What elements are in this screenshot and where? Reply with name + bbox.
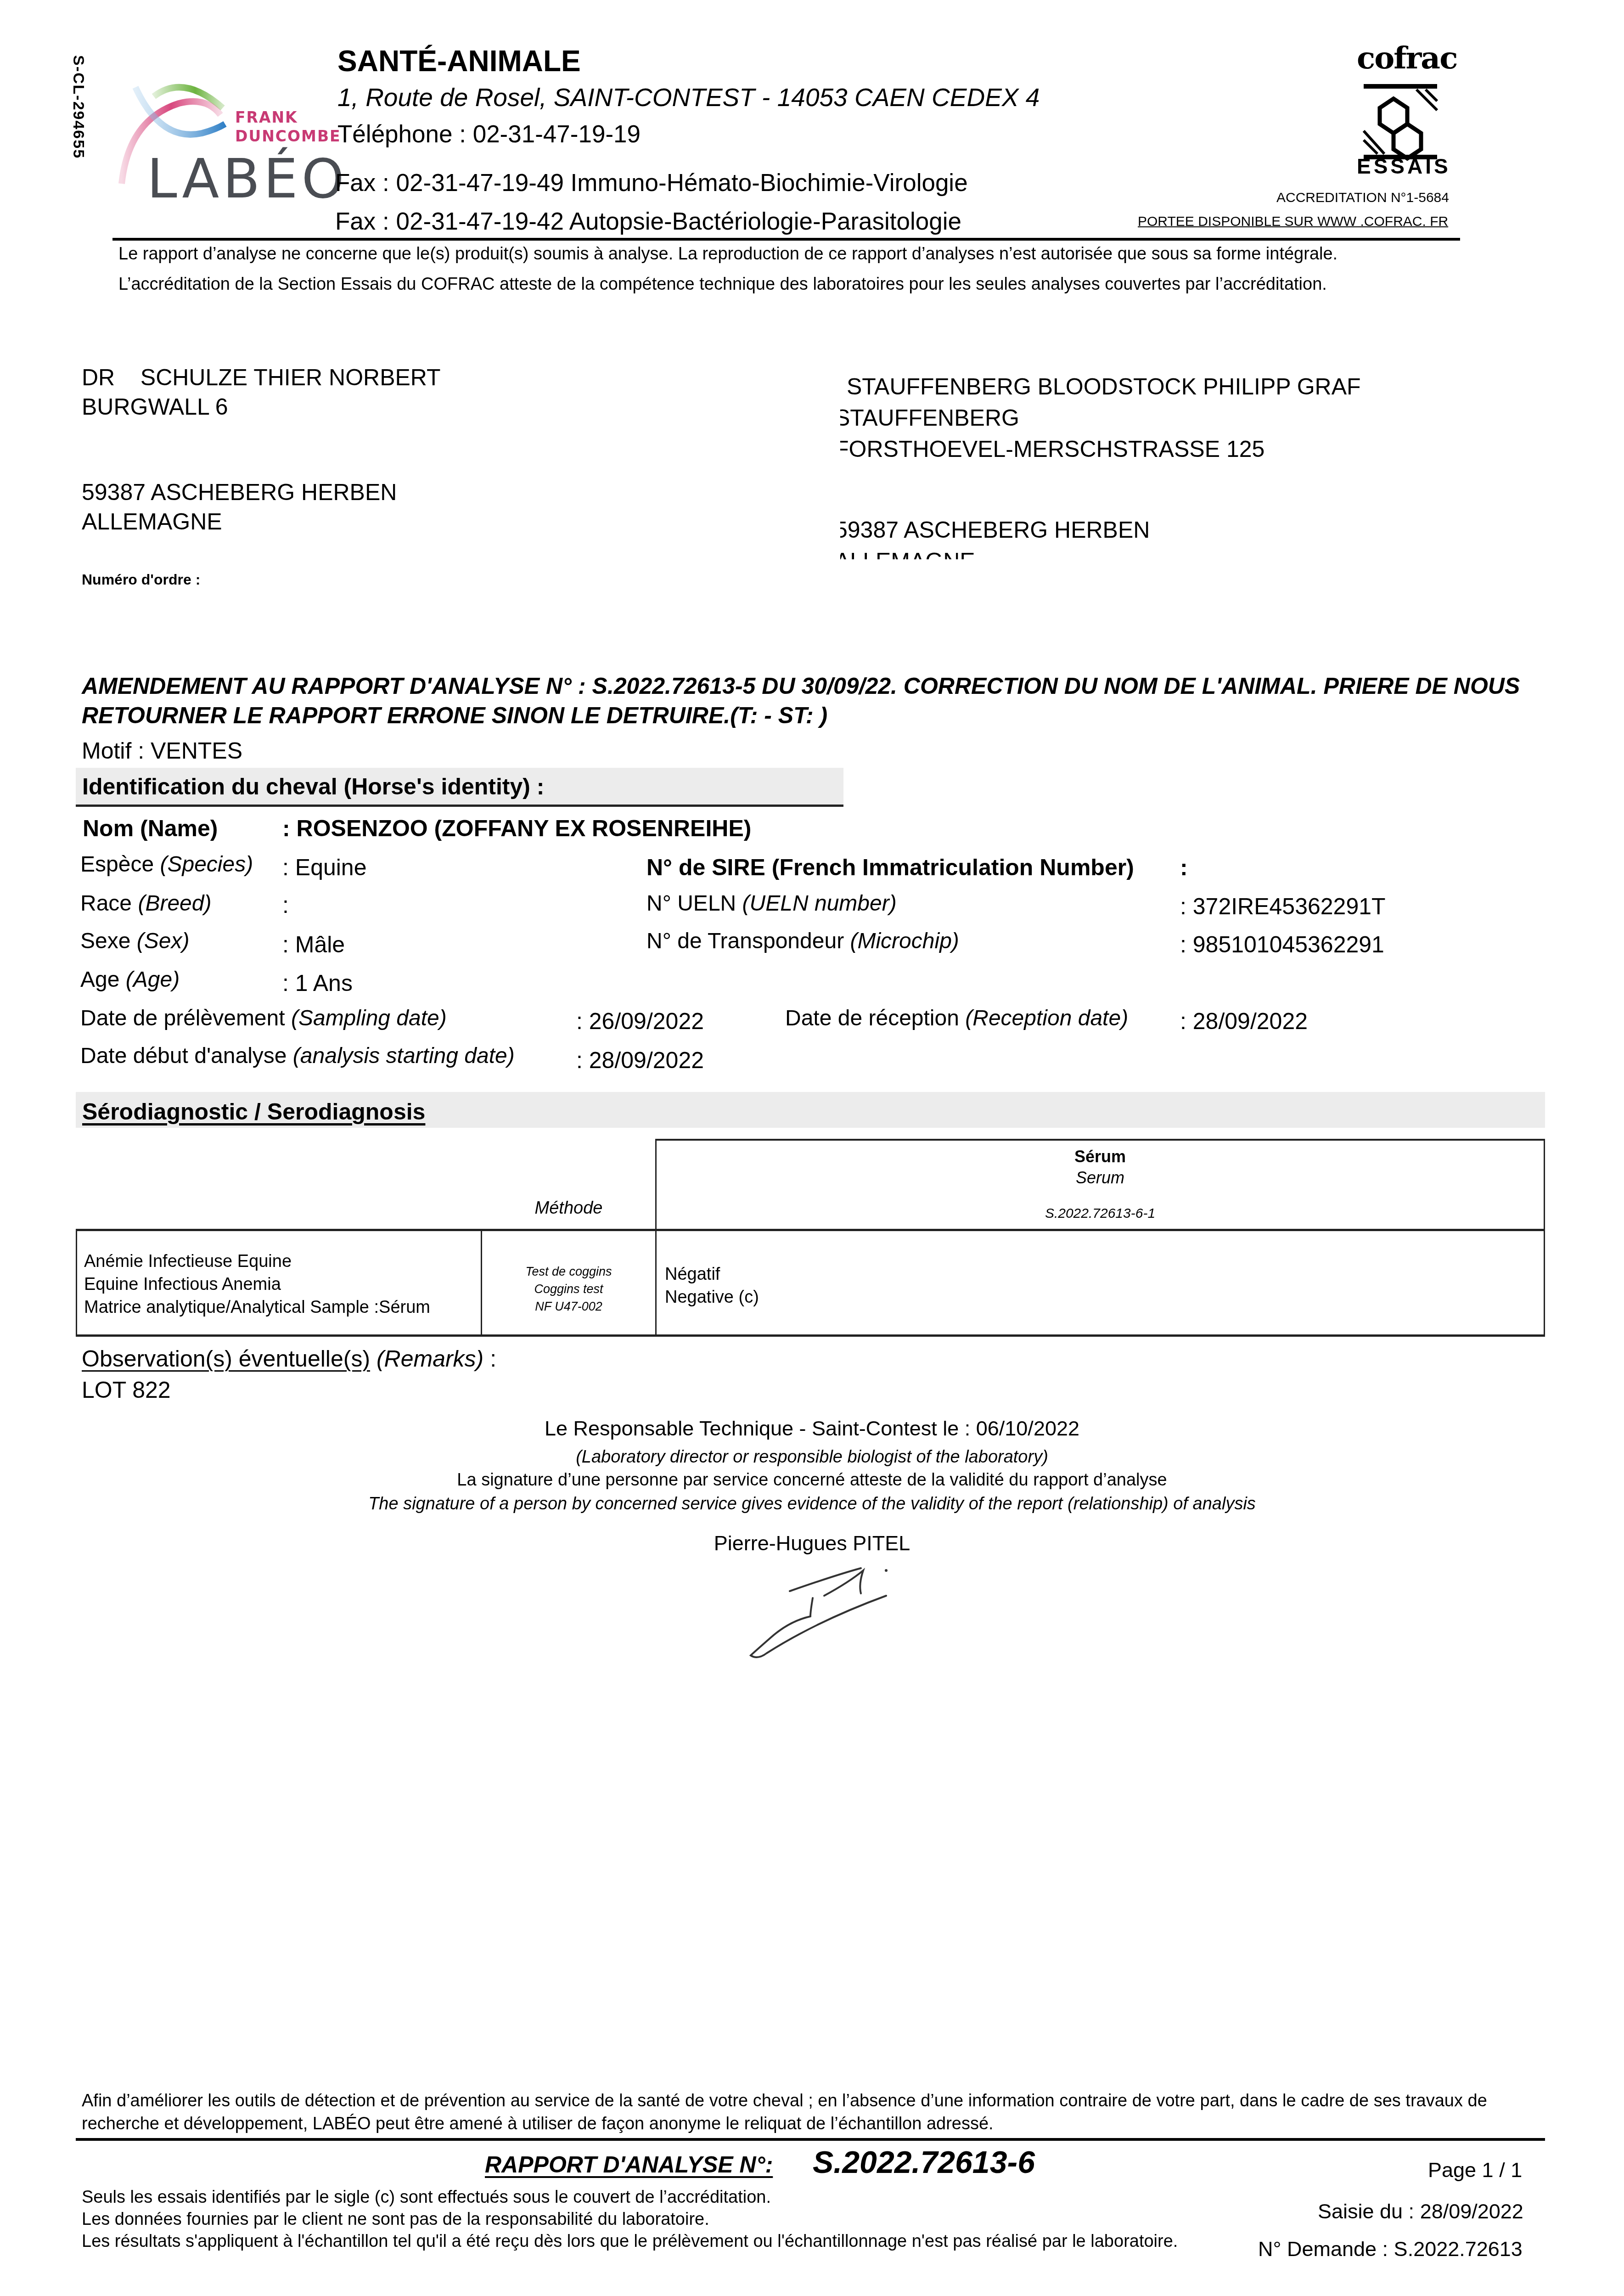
request-number: N° Demande : S.2022.72613: [1258, 2237, 1523, 2261]
method-name-en: Coggins test: [482, 1280, 655, 1298]
sample-header-en: Serum: [657, 1168, 1544, 1187]
veterinarian-address: DR SCHULZE THIER NORBERT BURGWALL 6 5938…: [82, 363, 441, 536]
results-table: Méthode Sérum Serum S.2022.72613-6-1 Ané…: [76, 1139, 1545, 1336]
amendment-notice: AMENDEMENT AU RAPPORT D'ANALYSE N° : S.2…: [82, 671, 1551, 730]
analysis-start-value: : 28/09/2022: [576, 1047, 704, 1074]
age-label: Age (Age): [80, 967, 180, 992]
sire-label: N° de SIRE (French Immatriculation Numbe…: [646, 854, 1134, 881]
result-fr: Négatif: [665, 1263, 759, 1286]
serodiagnostic-section-header: Sérodiagnostic / Serodiagnosis: [76, 1092, 1545, 1128]
footer-client-data-note: Les données fournies par le client ne so…: [82, 2210, 709, 2229]
vet-street: BURGWALL 6: [82, 392, 441, 422]
name-label: Nom (Name): [83, 815, 218, 842]
motif: Motif : VENTES: [82, 737, 242, 764]
age-value: : 1 Ans: [282, 970, 353, 996]
name-value: : ROSENZOO (ZOFFANY EX ROSENREIHE): [282, 815, 751, 842]
lab-address: 1, Route de Rosel, SAINT-CONTEST - 14053…: [337, 83, 1040, 112]
disclaimer-accreditation: L’accréditation de la Section Essais du …: [118, 275, 1327, 294]
signatory-role: (Laboratory director or responsible biol…: [0, 1447, 1624, 1467]
document-code: S-CL-294655: [69, 55, 87, 159]
owner-name-cont: STAUFFENBERG: [840, 402, 1361, 433]
footer-research-note: Afin d’améliorer les outils de détection…: [82, 2089, 1551, 2135]
lab-fax-immuno: Fax : 02-31-47-19-49 Immuno-Hémato-Bioch…: [335, 169, 968, 197]
owner-city: 59387 ASCHEBERG HERBEN: [840, 514, 1361, 546]
sample-header-fr: Sérum: [657, 1147, 1544, 1166]
header-divider: [112, 238, 1460, 241]
sex-label: Sexe (Sex): [80, 929, 189, 954]
serodiagnostic-heading: Sérodiagnostic / Serodiagnosis: [82, 1098, 425, 1125]
table-row-method: Test de coggins Coggins test NF U47-002: [482, 1263, 655, 1315]
labeo-logo: FRANK DUNCOMBE LABÉO: [110, 69, 331, 202]
signature-statement-en: The signature of a person by concerned s…: [0, 1494, 1624, 1514]
footer-divider: [76, 2138, 1545, 2141]
analysis-start-label: Date début d'analyse (analysis starting …: [80, 1043, 515, 1069]
analysis-matrix: Matrice analytique/Analytical Sample :Sé…: [84, 1296, 430, 1319]
accreditation-number: ACCREDITATION N°1-5684: [1276, 190, 1449, 206]
sample-id: S.2022.72613-6-1: [657, 1206, 1544, 1221]
sire-value: :: [1180, 854, 1188, 881]
signatory-title: Le Responsable Technique - Saint-Contest…: [0, 1417, 1624, 1441]
microchip-label: N° de Transpondeur (Microchip): [646, 929, 959, 954]
disclaimer-reproduction: Le rapport d’analyse ne concerne que le(…: [118, 244, 1337, 264]
report-number-label: RAPPORT D'ANALYSE N°:: [485, 2151, 773, 2178]
ueln-label: N° UELN (UELN number): [646, 891, 897, 916]
owner-street: FORSTHOEVEL-MERSCHSTRASSE 125: [840, 433, 1361, 465]
microchip-value: : 985101045362291: [1180, 931, 1384, 958]
vet-name: DR SCHULZE THIER NORBERT: [82, 363, 441, 392]
table-row-analysis: Anémie Infectieuse Equine Equine Infecti…: [84, 1250, 430, 1319]
cofrac-logo: cofrac ESSAIS: [1357, 44, 1444, 181]
analysis-name-fr: Anémie Infectieuse Equine: [84, 1250, 430, 1273]
method-column-header: Méthode: [482, 1199, 655, 1218]
vet-city: 59387 ASCHEBERG HERBEN: [82, 478, 441, 507]
table-row-result: Négatif Negative (c): [665, 1263, 759, 1309]
cofrac-scope-link[interactable]: PORTEE DISPONIBLE SUR WWW .COFRAC. FR: [1138, 214, 1448, 230]
species-label: Espèce (Species): [80, 852, 253, 877]
lab-phone: Téléphone : 02-31-47-19-19: [337, 120, 641, 148]
remarks-label: Observation(s) éventuelle(s) (Remarks) :: [82, 1345, 496, 1372]
handwritten-signature-icon: [735, 1557, 909, 1671]
breed-label: Race (Breed): [80, 891, 211, 916]
order-number-label: Numéro d'ordre :: [82, 571, 200, 588]
ueln-value: : 372IRE45362291T: [1180, 893, 1386, 920]
sampling-date-value: : 26/09/2022: [576, 1008, 704, 1035]
remarks-value: LOT 822: [82, 1377, 171, 1403]
signature-statement-fr: La signature d’une personne par service …: [0, 1470, 1624, 1490]
result-en: Negative (c): [665, 1286, 759, 1309]
entry-date: Saisie du : 28/09/2022: [1318, 2200, 1523, 2223]
cofrac-wordmark: cofrac: [1357, 40, 1444, 76]
analysis-name-en: Equine Infectious Anemia: [84, 1273, 430, 1296]
sex-value: : Mâle: [282, 931, 345, 958]
reception-date-label: Date de réception (Reception date): [785, 1006, 1128, 1031]
signatory-name: Pierre-Hugues PITEL: [0, 1531, 1624, 1555]
reception-date-value: : 28/09/2022: [1180, 1008, 1308, 1035]
identification-heading: Identification du cheval (Horse's identi…: [82, 773, 544, 800]
page-number: Page 1 / 1: [1428, 2158, 1522, 2182]
owner-country: ALLEMAGNE: [840, 546, 1361, 559]
species-value: : Equine: [282, 854, 366, 881]
lab-name: SANTÉ-ANIMALE: [337, 44, 581, 78]
owner-name: STAUFFENBERG BLOODSTOCK PHILIPP GRAF: [840, 371, 1361, 402]
logo-wordmark: LABÉO: [147, 147, 348, 210]
cofrac-emblem-icon: [1357, 80, 1444, 163]
owner-address: STAUFFENBERG BLOODSTOCK PHILIPP GRAF STA…: [840, 371, 1361, 573]
footer-results-note: Les résultats s'appliquent à l'échantill…: [82, 2232, 1178, 2251]
method-name-fr: Test de coggins: [482, 1263, 655, 1280]
sampling-date-label: Date de prélèvement (Sampling date): [80, 1006, 447, 1031]
cofrac-essais-label: ESSAIS: [1357, 154, 1444, 179]
lab-fax-autopsie: Fax : 02-31-47-19-42 Autopsie-Bactériolo…: [335, 208, 961, 236]
logo-tagline: FRANK DUNCOMBE: [235, 108, 341, 146]
method-standard: NF U47-002: [482, 1298, 655, 1315]
report-number: S.2022.72613-6: [813, 2144, 1035, 2180]
breed-value: :: [282, 892, 289, 918]
identification-section-header: Identification du cheval (Horse's identi…: [76, 768, 843, 807]
vet-country: ALLEMAGNE: [82, 507, 441, 536]
footer-accreditation-note: Seuls les essais identifiés par le sigle…: [82, 2188, 771, 2207]
